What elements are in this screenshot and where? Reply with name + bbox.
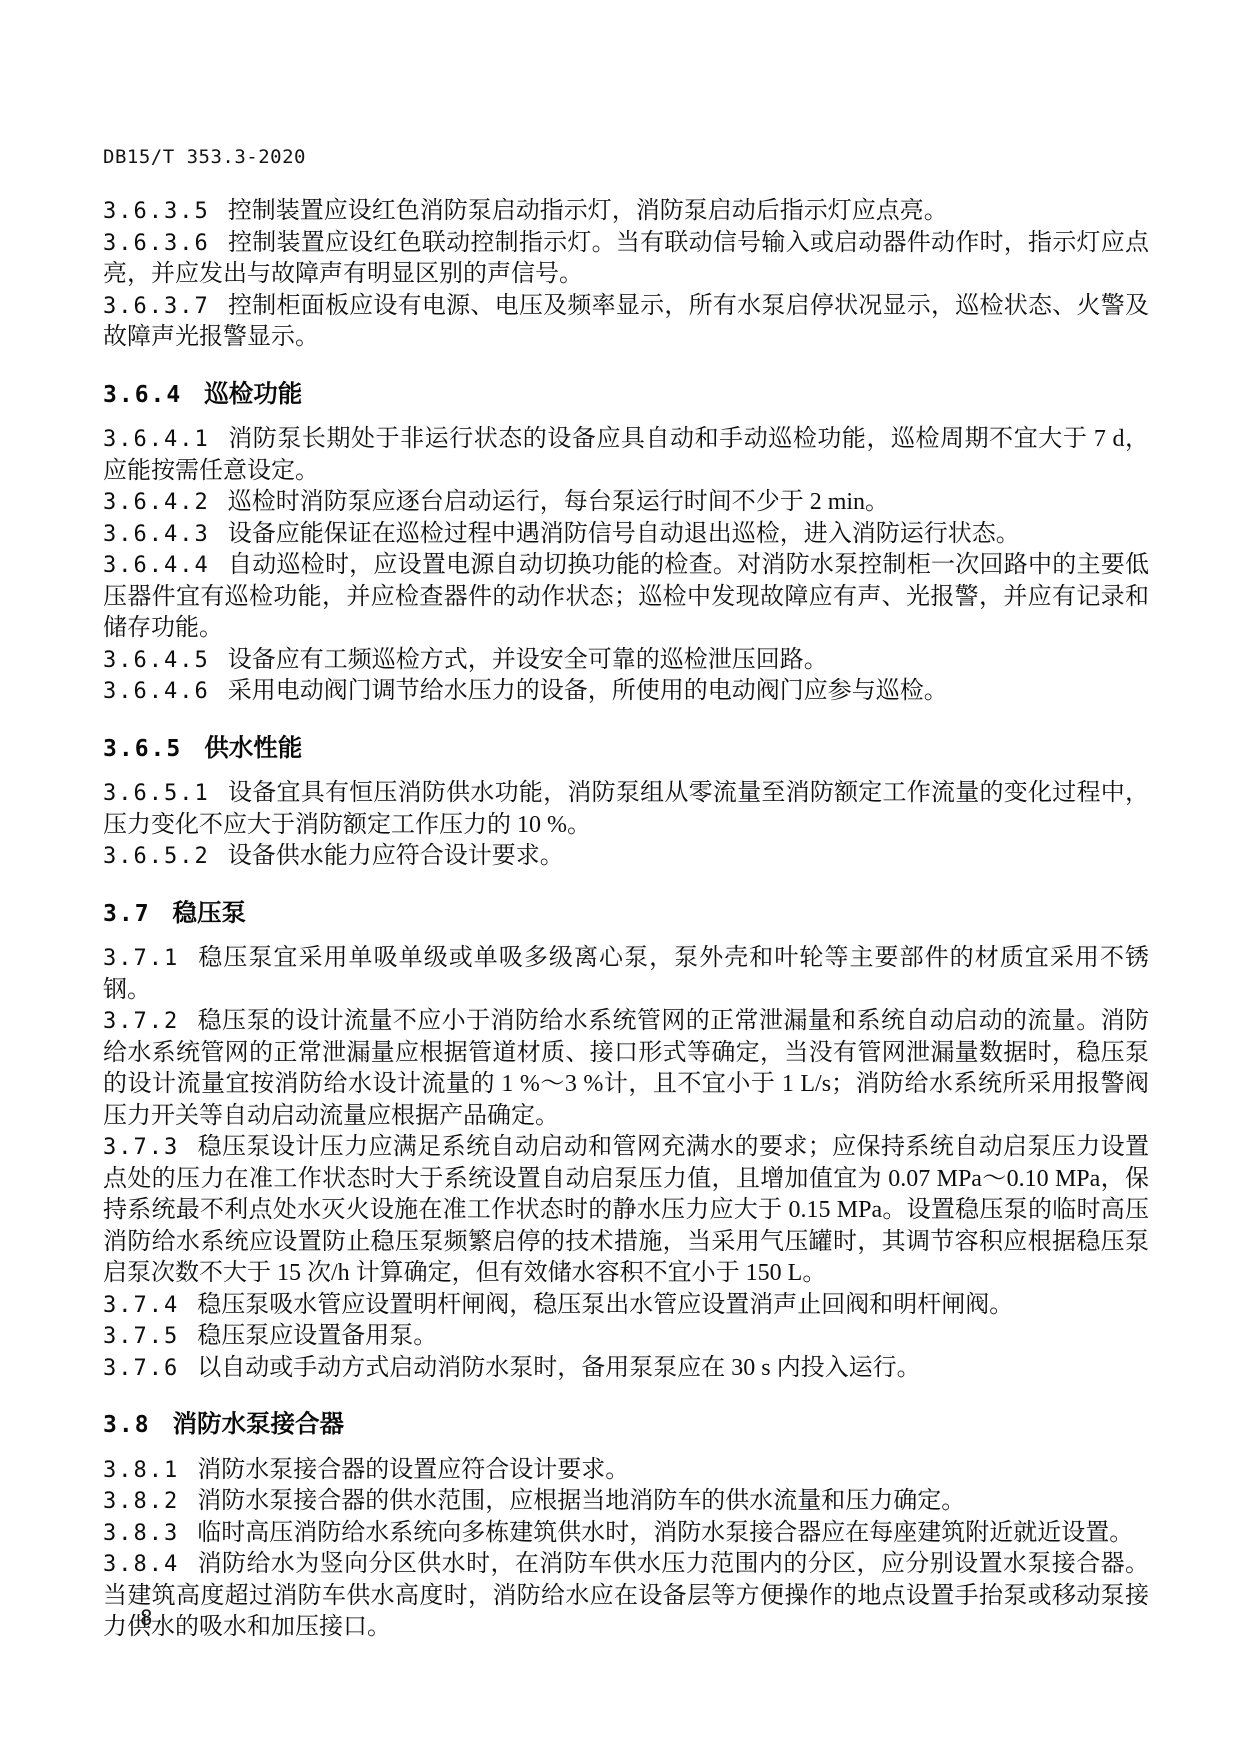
clause-paragraph: 3.6.4.1消防泵长期处于非运行状态的设备应具自动和手动巡检功能，巡检周期不宜… — [103, 424, 1149, 487]
clause-paragraph: 3.7.6以自动或手动方式启动消防水泵时，备用泵泵应在 30 s 内投入运行。 — [103, 1353, 1149, 1385]
clause-paragraph: 3.8.1消防水泵接合器的设置应符合设计要求。 — [103, 1455, 1149, 1487]
clause-text: 控制装置应设红色消防泵启动指示灯，消防泵启动后指示灯应点亮。 — [228, 198, 948, 224]
clause-number: 3.7.3 — [103, 1135, 179, 1160]
clause-number: 3.8.2 — [103, 1489, 179, 1514]
section-heading: 3.7稳压泵 — [103, 898, 1149, 931]
section-heading: 3.6.4巡检功能 — [103, 379, 1149, 412]
clause-paragraph: 3.7.2稳压泵的设计流量不应小于消防给水系统管网的正常泄漏量和系统自动启动的流… — [103, 1006, 1149, 1132]
clause-number: 3.8.4 — [103, 1552, 179, 1577]
clause-text: 稳压泵设计压力应满足系统自动启动和管网充满水的要求；应保持系统自动启泵压力设置点… — [103, 1134, 1149, 1286]
clause-text: 自动巡检时，应设置电源自动切换功能的检查。对消防水泵控制柜一次回路中的主要低压器… — [103, 552, 1149, 641]
clause-text: 稳压泵应设置备用泵。 — [197, 1323, 437, 1349]
clause-number: 3.6.4.5 — [103, 648, 210, 673]
clause-paragraph: 3.8.4消防给水为竖向分区供水时，在消防车供水压力范围内的分区，应分别设置水泵… — [103, 1549, 1149, 1644]
clause-paragraph: 3.7.3稳压泵设计压力应满足系统自动启动和管网充满水的要求；应保持系统自动启泵… — [103, 1132, 1149, 1290]
clause-text: 采用电动阀门调节给水压力的设备，所使用的电动阀门应参与巡检。 — [228, 678, 948, 704]
clause-paragraph: 3.6.5.1设备宜具有恒压消防供水功能，消防泵组从零流量至消防额定工作流量的变… — [103, 778, 1149, 841]
clause-paragraph: 3.6.3.6控制装置应设红色联动控制指示灯。当有联动信号输入或启动器件动作时，… — [103, 228, 1149, 291]
clause-paragraph: 3.7.5稳压泵应设置备用泵。 — [103, 1321, 1149, 1353]
clause-text: 消防给水为竖向分区供水时，在消防车供水压力范围内的分区，应分别设置水泵接合器。当… — [103, 1551, 1149, 1640]
clause-text: 临时高压消防给水系统向多栋建筑供水时，消防水泵接合器应在每座建筑附近就近设置。 — [197, 1520, 1133, 1546]
clause-text: 控制柜面板应设有电源、电压及频率显示，所有水泵启停状况显示，巡检状态、火警及故障… — [103, 293, 1149, 351]
clause-number: 3.7.6 — [103, 1356, 179, 1381]
clause-number: 3.6.4.1 — [103, 427, 210, 452]
clause-number: 3.7.1 — [103, 946, 179, 971]
clause-number: 3.6.5 — [103, 736, 182, 762]
clause-paragraph: 3.8.2消防水泵接合器的供水范围，应根据当地消防车的供水流量和压力确定。 — [103, 1486, 1149, 1518]
clause-text: 以自动或手动方式启动消防水泵时，备用泵泵应在 30 s 内投入运行。 — [197, 1355, 920, 1381]
clause-text: 稳压泵吸水管应设置明杆闸阀，稳压泵出水管应设置消声止回阀和明杆闸阀。 — [197, 1292, 1013, 1318]
clause-paragraph: 3.6.3.5控制装置应设红色消防泵启动指示灯，消防泵启动后指示灯应点亮。 — [103, 196, 1149, 228]
clause-paragraph: 3.7.4稳压泵吸水管应设置明杆闸阀，稳压泵出水管应设置消声止回阀和明杆闸阀。 — [103, 1290, 1149, 1322]
standard-code: DB15/T 353.3-2020 — [103, 146, 306, 168]
clause-number: 3.7.2 — [103, 1009, 179, 1034]
clause-paragraph: 3.6.4.3设备应能保证在巡检过程中遇消防信号自动退出巡检，进入消防运行状态。 — [103, 519, 1149, 551]
heading-title: 供水性能 — [204, 735, 302, 762]
clause-text: 控制装置应设红色联动控制指示灯。当有联动信号输入或启动器件动作时，指示灯应点亮，… — [103, 230, 1149, 288]
document-page: DB15/T 353.3-2020 3.6.3.5控制装置应设红色消防泵启动指示… — [0, 0, 1241, 1755]
document-body: 3.6.3.5控制装置应设红色消防泵启动指示灯，消防泵启动后指示灯应点亮。3.6… — [103, 196, 1149, 1644]
clause-number: 3.8.1 — [103, 1458, 179, 1483]
clause-number: 3.6.4 — [103, 382, 182, 408]
clause-paragraph: 3.8.3临时高压消防给水系统向多栋建筑供水时，消防水泵接合器应在每座建筑附近就… — [103, 1518, 1149, 1550]
clause-text: 稳压泵的设计流量不应小于消防给水系统管网的正常泄漏量和系统自动启动的流量。消防给… — [103, 1008, 1149, 1129]
page-number: 8 — [140, 1606, 153, 1630]
heading-title: 稳压泵 — [173, 900, 247, 927]
clause-paragraph: 3.6.5.2设备供水能力应符合设计要求。 — [103, 841, 1149, 873]
clause-text: 稳压泵宜采用单吸单级或单吸多级离心泵，泵外壳和叶轮等主要部件的材质宜采用不锈钢。 — [103, 945, 1149, 1003]
clause-paragraph: 3.6.4.4自动巡检时，应设置电源自动切换功能的检查。对消防水泵控制柜一次回路… — [103, 550, 1149, 645]
section-heading: 3.8消防水泵接合器 — [103, 1409, 1149, 1442]
heading-title: 巡检功能 — [204, 381, 302, 408]
clause-number: 3.6.5.2 — [103, 844, 210, 869]
clause-number: 3.6.3.5 — [103, 199, 210, 224]
heading-title: 消防水泵接合器 — [173, 1411, 345, 1438]
clause-number: 3.7 — [103, 901, 151, 927]
clause-text: 巡检时消防泵应逐台启动运行，每台泵运行时间不少于 2 min。 — [228, 489, 889, 515]
clause-text: 设备应有工频巡检方式，并设安全可靠的巡检泄压回路。 — [228, 647, 828, 673]
clause-number: 3.6.4.2 — [103, 490, 210, 515]
clause-number: 3.8 — [103, 1412, 151, 1438]
clause-text: 消防水泵接合器的设置应符合设计要求。 — [197, 1457, 629, 1483]
clause-text: 消防水泵接合器的供水范围，应根据当地消防车的供水流量和压力确定。 — [197, 1488, 965, 1514]
clause-paragraph: 3.6.4.5设备应有工频巡检方式，并设安全可靠的巡检泄压回路。 — [103, 645, 1149, 677]
clause-number: 3.6.4.4 — [103, 553, 210, 578]
clause-number: 3.6.3.7 — [103, 294, 210, 319]
clause-paragraph: 3.7.1稳压泵宜采用单吸单级或单吸多级离心泵，泵外壳和叶轮等主要部件的材质宜采… — [103, 943, 1149, 1006]
clause-number: 3.6.4.6 — [103, 679, 210, 704]
section-heading: 3.6.5供水性能 — [103, 733, 1149, 766]
clause-number: 3.6.3.6 — [103, 231, 210, 256]
clause-paragraph: 3.6.4.2巡检时消防泵应逐台启动运行，每台泵运行时间不少于 2 min。 — [103, 487, 1149, 519]
clause-number: 3.6.4.3 — [103, 522, 210, 547]
clause-text: 消防泵长期处于非运行状态的设备应具自动和手动巡检功能，巡检周期不宜大于 7 d，… — [103, 426, 1149, 484]
clause-paragraph: 3.6.4.6采用电动阀门调节给水压力的设备，所使用的电动阀门应参与巡检。 — [103, 676, 1149, 708]
clause-text: 设备应能保证在巡检过程中遇消防信号自动退出巡检，进入消防运行状态。 — [228, 521, 1020, 547]
clause-text: 设备供水能力应符合设计要求。 — [228, 843, 564, 869]
clause-number: 3.7.5 — [103, 1324, 179, 1349]
clause-number: 3.6.5.1 — [103, 781, 210, 806]
clause-number: 3.8.3 — [103, 1521, 179, 1546]
clause-number: 3.7.4 — [103, 1293, 179, 1318]
clause-paragraph: 3.6.3.7控制柜面板应设有电源、电压及频率显示，所有水泵启停状况显示，巡检状… — [103, 291, 1149, 354]
clause-text: 设备宜具有恒压消防供水功能，消防泵组从零流量至消防额定工作流量的变化过程中，压力… — [103, 780, 1149, 838]
